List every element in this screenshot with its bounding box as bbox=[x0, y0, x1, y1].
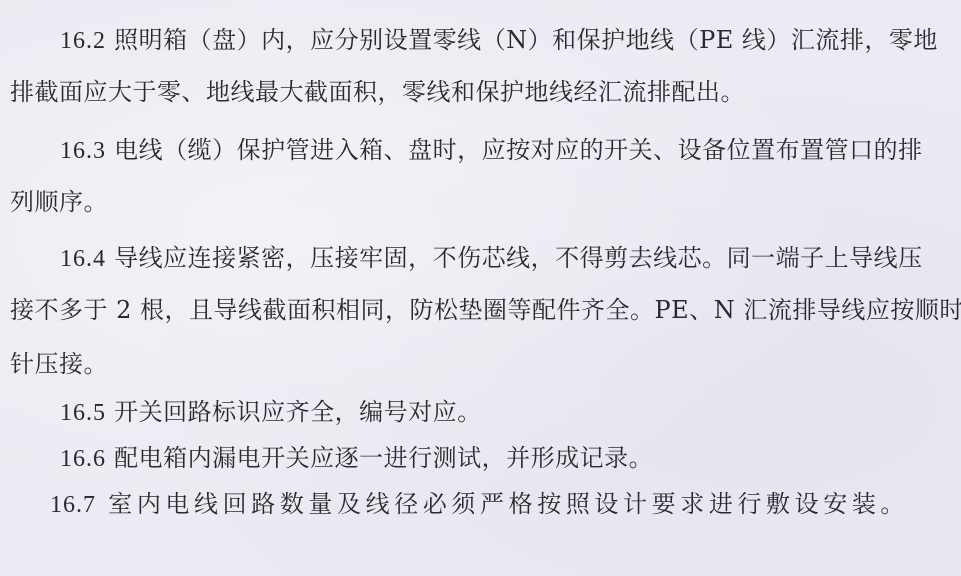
clause-16-3-line-1: 16.3 电线（缆）保护管进入箱、盘时，应按对应的开关、设备位置布置管口的排 bbox=[60, 135, 923, 166]
clause-number: 16.2 bbox=[60, 28, 106, 54]
clause-16-6-line-1: 16.6 配电箱内漏电开关应逐一进行测试，并形成记录。 bbox=[60, 443, 653, 474]
clause-number: 16.3 bbox=[60, 138, 106, 164]
clause-text: 照明箱（盘）内，应分别设置零线（N）和保护地线（PE 线）汇流排，零地 bbox=[114, 26, 938, 54]
clause-text: 针压接。 bbox=[10, 350, 108, 378]
clause-text: 电线（缆）保护管进入箱、盘时，应按对应的开关、设备位置布置管口的排 bbox=[114, 136, 923, 164]
clause-text: 室内电线回路数量及线径必须严格按照设计要求进行敷设安装。 bbox=[108, 490, 909, 518]
clause-text: 接不多于 2 根，且导线截面积相同，防松垫圈等配件齐全。PE、N 汇流排导线应按… bbox=[10, 296, 961, 324]
clause-16-4-line-2: 接不多于 2 根，且导线截面积相同，防松垫圈等配件齐全。PE、N 汇流排导线应按… bbox=[10, 295, 961, 325]
clause-16-3-line-2: 列顺序。 bbox=[10, 187, 108, 217]
clause-16-7-line-1: 16.7 室内电线回路数量及线径必须严格按照设计要求进行敷设安装。 bbox=[50, 489, 909, 520]
clause-text: 开关回路标识应齐全，编号对应。 bbox=[114, 398, 482, 426]
clause-16-4-line-1: 16.4 导线应连接紧密，压接牢固，不伤芯线，不得剪去线芯。同一端子上导线压 bbox=[60, 243, 923, 274]
clause-16-2-line-2: 排截面应大于零、地线最大截面积，零线和保护地线经汇流排配出。 bbox=[10, 77, 745, 107]
clause-text: 列顺序。 bbox=[10, 188, 108, 216]
clause-16-5-line-1: 16.5 开关回路标识应齐全，编号对应。 bbox=[60, 397, 482, 428]
document-page: 16.2 照明箱（盘）内，应分别设置零线（N）和保护地线（PE 线）汇流排，零地… bbox=[0, 0, 961, 576]
clause-text: 排截面应大于零、地线最大截面积，零线和保护地线经汇流排配出。 bbox=[10, 78, 745, 106]
clause-number: 16.7 bbox=[50, 492, 96, 518]
clause-16-2-line-1: 16.2 照明箱（盘）内，应分别设置零线（N）和保护地线（PE 线）汇流排，零地 bbox=[60, 25, 938, 56]
clause-text: 配电箱内漏电开关应逐一进行测试，并形成记录。 bbox=[114, 444, 653, 472]
clause-number: 16.6 bbox=[60, 446, 106, 472]
clause-number: 16.4 bbox=[60, 246, 106, 272]
clause-number: 16.5 bbox=[60, 400, 106, 426]
clause-16-4-line-3: 针压接。 bbox=[10, 349, 108, 379]
clause-text: 导线应连接紧密，压接牢固，不伤芯线，不得剪去线芯。同一端子上导线压 bbox=[114, 244, 923, 272]
